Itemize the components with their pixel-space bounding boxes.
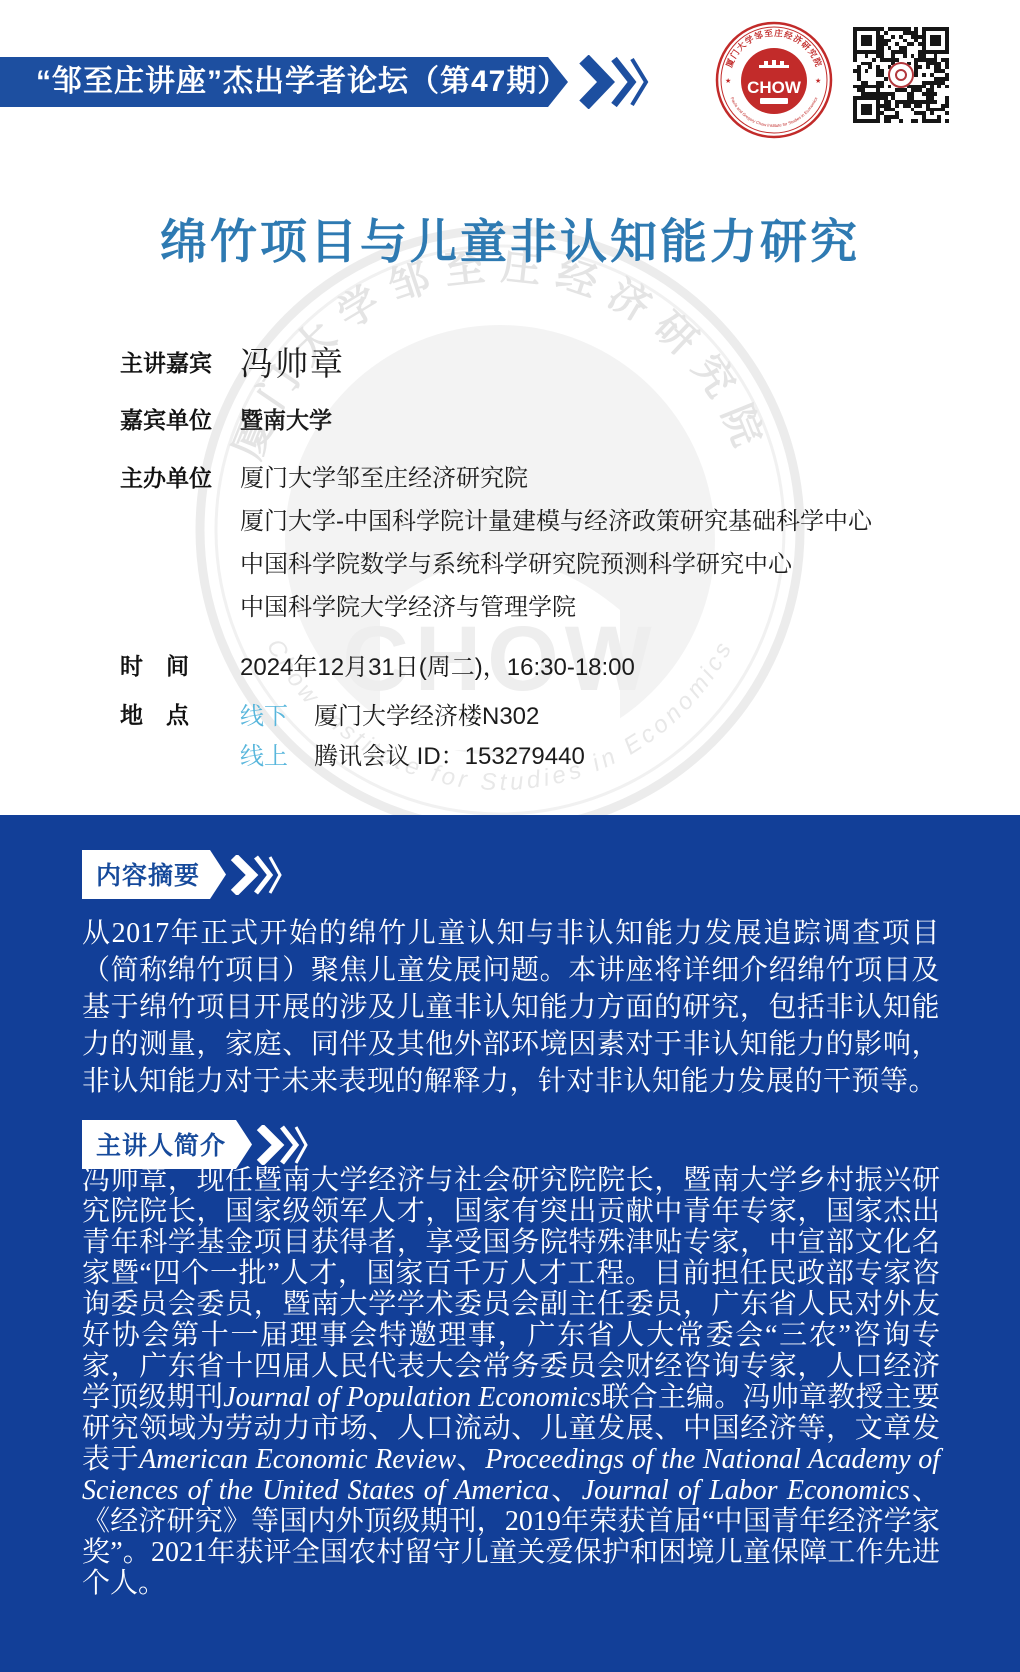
svg-text:★: ★ <box>725 77 731 85</box>
abstract-heading-badge: 内容摘要 <box>82 850 282 899</box>
affiliation-value: 暨南大学 <box>240 402 332 435</box>
series-banner: “邹至庄讲座”杰出学者论坛（第47期） <box>0 57 568 107</box>
organizers-list: 厦门大学邹至庄经济研究院 厦门大学-中国科学院计量建模与经济政策研究基础科学中心… <box>240 457 872 629</box>
affiliation-label: 嘉宾单位 <box>120 402 220 435</box>
organizer-item: 中国科学院大学经济与管理学院 <box>240 586 872 629</box>
organizers-label: 主办单位 <box>120 457 220 500</box>
abstract-heading: 内容摘要 <box>82 850 226 899</box>
organizer-item: 厦门大学邹至庄经济研究院 <box>240 457 872 500</box>
speaker-row: 主讲嘉宾 冯帅章 <box>120 338 345 385</box>
online-tag: 线上 <box>240 736 288 771</box>
venue-label: 地 点 <box>120 697 220 730</box>
badge-chevrons-icon <box>230 855 282 895</box>
series-banner-title: “邹至庄讲座”杰出学者论坛（第47期） <box>36 65 568 98</box>
lecture-poster: 厦门大学邹至庄经济研究院 Chow Institute for Studies … <box>0 0 1020 1672</box>
lecture-title: 绵竹项目与儿童非认知能力研究 <box>0 205 1020 272</box>
affiliation-row: 嘉宾单位 暨南大学 <box>120 402 332 435</box>
seal-chow-text: CHOW <box>747 78 802 97</box>
organizer-item: 厦门大学-中国科学院计量建模与经济政策研究基础科学中心 <box>240 500 872 543</box>
abstract-text: 从2017年正式开始的绵竹儿童认知与非认知能力发展追踪调查项目（简称绵竹项目）聚… <box>82 915 940 1100</box>
badge-chevrons-icon <box>256 1125 308 1165</box>
svg-text:★: ★ <box>815 77 821 85</box>
time-label: 时 间 <box>120 648 220 681</box>
blue-section: 内容摘要 从2017年正式开始的绵竹儿童认知与非认知能力发展追踪调查项目（简称绵… <box>0 815 1020 1672</box>
offline-tag: 线下 <box>240 696 288 731</box>
venue-online-row: 线上 腾讯会议 ID：153279440 <box>120 736 585 771</box>
online-venue: 腾讯会议 ID：153279440 <box>314 736 585 771</box>
banner-chevrons-icon <box>578 55 650 109</box>
organizer-item: 中国科学院数学与系统科学研究院预测科学研究中心 <box>240 543 872 586</box>
bio-text: 冯帅章，现任暨南大学经济与社会研究院院长，暨南大学乡村振兴研究院院长，国家级领军… <box>82 1165 940 1599</box>
venue-offline-row: 地 点 线下 厦门大学经济楼N302 <box>120 696 539 731</box>
speaker-name: 冯帅章 <box>240 338 345 385</box>
speaker-label: 主讲嘉宾 <box>120 345 220 378</box>
organizers-row: 主办单位 厦门大学邹至庄经济研究院 厦门大学-中国科学院计量建模与经济政策研究基… <box>120 457 872 629</box>
bio-heading-badge: 主讲人简介 <box>82 1120 308 1169</box>
offline-venue: 厦门大学经济楼N302 <box>314 696 539 731</box>
qr-center-logo-icon <box>888 62 914 88</box>
bio-heading: 主讲人简介 <box>82 1120 252 1169</box>
time-value: 2024年12月31日(周二)，16:30-18:00 <box>240 647 635 682</box>
time-row: 时 间 2024年12月31日(周二)，16:30-18:00 <box>120 647 635 682</box>
institute-seal-logo: 厦门大学邹至庄经济研究院 Paula and Gregory Chow Inst… <box>714 20 834 140</box>
